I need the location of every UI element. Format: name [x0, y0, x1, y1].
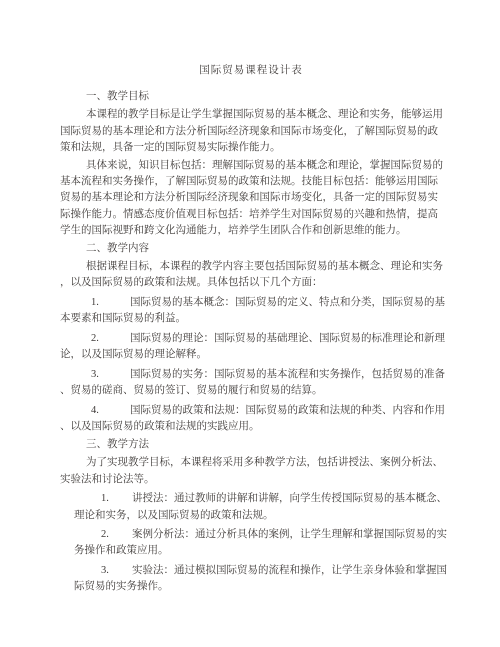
list-item-first-line: 1.国际贸易的基本概念：国际贸易的定义、特点和分类，国际贸易的基	[60, 295, 442, 311]
list-item-basic-concepts: 1.国际贸易的基本概念：国际贸易的定义、特点和分类，国际贸易的基 本要素和国际贸…	[60, 295, 442, 327]
paragraph-line: 基本流程和实务操作，了解国际贸易的政策和法规。技能目标包括：能够运用国际	[60, 174, 442, 190]
paragraph-line: 际操作能力。情感态度价值观目标包括：培养学生对国际贸易的兴趣和热情，提高	[60, 207, 442, 223]
list-item-experiment-method: 3.实验法：通过模拟国际贸易的流程和操作，让学生亲身体验和掌握国 际贸易的实务操…	[60, 563, 442, 595]
document-page: 国际贸易课程设计表 一、教学目标 本课程的教学目标是让学生掌握国际贸易的基本概念…	[0, 0, 500, 647]
list-item-continuation: 务操作和政策应用。	[60, 543, 442, 559]
list-item-text: 案例分析法：通过分析具体的案例，让学生理解和掌握国际贸易的实	[132, 529, 447, 540]
section-heading-teaching-methods: 三、教学方法	[60, 437, 442, 453]
list-item-number: 2.	[91, 331, 130, 347]
paragraph-line: ，以及国际贸易的政策和法规。具体包括以下几个方面：	[60, 275, 442, 291]
list-item-text: 国际贸易的基本概念：国际贸易的定义、特点和分类，国际贸易的基	[130, 297, 445, 308]
list-item-number: 1.	[91, 295, 130, 311]
paragraph-line: 学生的国际视野和跨文化沟通能力，培养学生团队合作和创新思维的能力。	[60, 223, 442, 239]
paragraph-objectives-detail: 具体来说，知识目标包括：理解国际贸易的基本概念和理论，掌握国际贸易的 基本流程和…	[60, 158, 442, 239]
paragraph-line: 具体来说，知识目标包括：理解国际贸易的基本概念和理论，掌握国际贸易的	[60, 158, 442, 174]
list-item-first-line: 2.国际贸易的理论：国际贸易的基础理论、国际贸易的标准理论和新理	[60, 331, 442, 347]
list-item-text: 国际贸易的理论：国际贸易的基础理论、国际贸易的标准理论和新理	[130, 333, 445, 344]
list-item-text: 讲授法：通过教师的讲解和讲解，向学生传授国际贸易的基本概念、	[132, 493, 447, 504]
list-item-number: 3.	[91, 367, 130, 383]
list-item-practice: 3.国际贸易的实务：国际贸易的基本流程和实务操作，包括贸易的准备 、贸易的磋商、…	[60, 367, 442, 399]
paragraph-line: 实验法和讨论法等。	[60, 472, 442, 488]
list-item-case-analysis-method: 2.案例分析法：通过分析具体的案例，让学生理解和掌握国际贸易的实 务操作和政策应…	[60, 527, 442, 559]
list-item-first-line: 4.国际贸易的政策和法规：国际贸易的政策和法规的种类、内容和作用	[60, 403, 442, 419]
list-item-text: 国际贸易的政策和法规：国际贸易的政策和法规的种类、内容和作用	[130, 405, 445, 416]
document-title: 国际贸易课程设计表	[60, 63, 442, 79]
list-item-number: 2.	[101, 527, 132, 543]
list-item-first-line: 3.国际贸易的实务：国际贸易的基本流程和实务操作，包括贸易的准备	[60, 367, 442, 383]
list-item-text: 实验法：通过模拟国际贸易的流程和操作，让学生亲身体验和掌握国	[132, 565, 447, 576]
list-item-continuation: 本要素和国际贸易的利益。	[60, 311, 442, 327]
paragraph-objectives-overview: 本课程的教学目标是让学生掌握国际贸易的基本概念、理论和实务，能够运用 国际贸易的…	[60, 107, 442, 156]
list-item-first-line: 1.讲授法：通过教师的讲解和讲解，向学生传授国际贸易的基本概念、	[60, 491, 442, 507]
list-item-continuation: 际贸易的实务操作。	[60, 579, 442, 595]
list-item-number: 1.	[101, 491, 132, 507]
list-item-policies: 4.国际贸易的政策和法规：国际贸易的政策和法规的种类、内容和作用 、以及国际贸易…	[60, 403, 442, 435]
paragraph-line: 为了实现教学目标，本课程将采用多种教学方法，包括讲授法、案例分析法、	[60, 455, 442, 471]
list-item-continuation: 论，以及国际贸易的理论解释。	[60, 347, 442, 363]
list-item-first-line: 3.实验法：通过模拟国际贸易的流程和操作，让学生亲身体验和掌握国	[60, 563, 442, 579]
paragraph-line: 根据课程目标，本课程的教学内容主要包括国际贸易的基本概念、理论和实务	[60, 259, 442, 275]
section-heading-teaching-objectives: 一、教学目标	[60, 89, 442, 105]
paragraph-line: 策和法规，具备一定的国际贸易实际操作能力。	[60, 140, 442, 156]
paragraph-line: 国际贸易的基本理论和方法分析国际经济现象和国际市场变化，了解国际贸易的政	[60, 124, 442, 140]
list-item-text: 国际贸易的实务：国际贸易的基本流程和实务操作，包括贸易的准备	[130, 369, 445, 380]
list-item-number: 3.	[101, 563, 132, 579]
paragraph-line: 贸易的基本理论和方法分析国际经济现象和国际市场变化，具备一定的国际贸易实	[60, 190, 442, 206]
section-heading-teaching-content: 二、教学内容	[60, 241, 442, 257]
list-item-continuation: 、贸易的磋商、贸易的签订、贸易的履行和贸易的结算。	[60, 383, 442, 399]
list-item-continuation: 理论和实务，以及国际贸易的政策和法规。	[60, 508, 442, 524]
list-item-theories: 2.国际贸易的理论：国际贸易的基础理论、国际贸易的标准理论和新理 论，以及国际贸…	[60, 331, 442, 363]
list-item-continuation: 、以及国际贸易的政策和法规的实践应用。	[60, 419, 442, 435]
paragraph-methods-overview: 为了实现教学目标，本课程将采用多种教学方法，包括讲授法、案例分析法、 实验法和讨…	[60, 455, 442, 487]
list-item-number: 4.	[91, 403, 130, 419]
list-item-first-line: 2.案例分析法：通过分析具体的案例，让学生理解和掌握国际贸易的实	[60, 527, 442, 543]
list-item-lecture-method: 1.讲授法：通过教师的讲解和讲解，向学生传授国际贸易的基本概念、 理论和实务，以…	[60, 491, 442, 523]
paragraph-content-overview: 根据课程目标，本课程的教学内容主要包括国际贸易的基本概念、理论和实务 ，以及国际…	[60, 259, 442, 291]
paragraph-line: 本课程的教学目标是让学生掌握国际贸易的基本概念、理论和实务，能够运用	[60, 107, 442, 123]
